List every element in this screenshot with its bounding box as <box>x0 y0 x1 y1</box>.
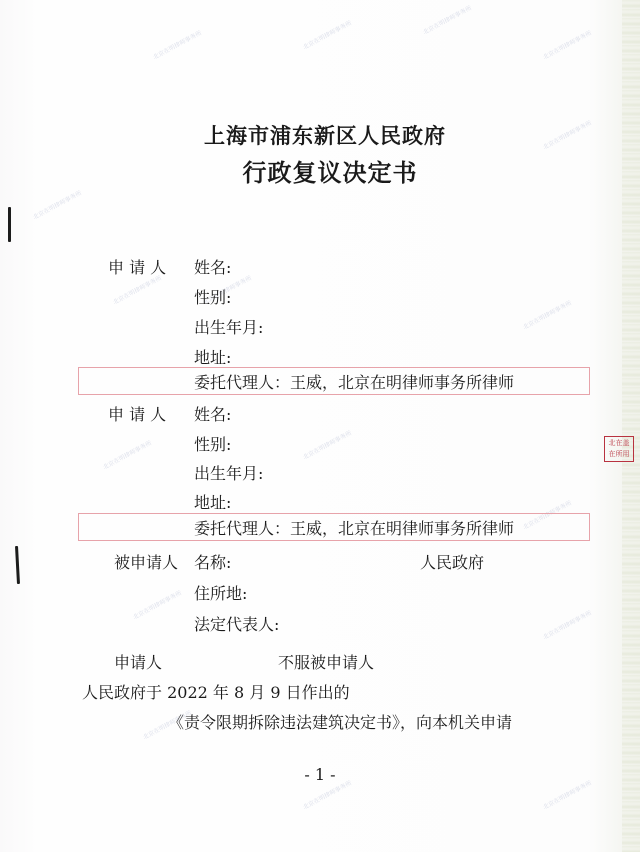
body-line-2: 人民政府于 2022 年 8 月 9 日作出的 <box>82 683 350 703</box>
applicant-2-name-label: 姓名: <box>194 405 231 425</box>
seal-stamp: 北在盖 在所用 <box>604 436 634 462</box>
body-disagree-text: 不服被申请人 <box>278 653 374 673</box>
page-number: - 1 - <box>0 765 640 784</box>
respondent-name-value: 人民政府 <box>420 553 484 573</box>
applicant-2-gender-label: 性别: <box>194 435 231 455</box>
applicant-1-gender-label: 性别: <box>194 288 231 308</box>
document-title: 行政复议决定书 <box>0 153 640 188</box>
watermark: 北京在明律师事务所 <box>301 428 353 461</box>
applicant-1-label: 申 请 人 <box>108 258 166 278</box>
applicant-2-label: 申 请 人 <box>108 405 166 425</box>
document-page: 北京在明律师事务所 北京在明律师事务所 北京在明律师事务所 北京在明律师事务所 … <box>0 0 640 852</box>
issuer-title: 上海市浦东新区人民政府 <box>0 120 640 150</box>
respondent-address-label: 住所地: <box>194 584 247 604</box>
watermark: 北京在明律师事务所 <box>31 188 83 221</box>
applicant-2-birth-label: 出生年月: <box>194 464 263 484</box>
binder-mark <box>8 207 11 242</box>
respondent-label: 被申请人 <box>114 553 178 573</box>
watermark: 北京在明律师事务所 <box>541 608 593 641</box>
stamp-line-1: 北在盖 <box>605 438 633 449</box>
watermark: 北京在明律师事务所 <box>541 28 593 61</box>
watermark: 北京在明律师事务所 <box>131 588 183 621</box>
watermark: 北京在明律师事务所 <box>151 28 203 61</box>
applicant-1-birth-label: 出生年月: <box>194 318 263 338</box>
watermark: 北京在明律师事务所 <box>101 438 153 471</box>
applicant-1-address-label: 地址: <box>194 348 231 368</box>
applicant-2-agent: 委托代理人：王威，北京在明律师事务所律师 <box>194 519 514 539</box>
applicant-1-agent: 委托代理人：王威，北京在明律师事务所律师 <box>194 373 514 393</box>
watermark: 北京在明律师事务所 <box>521 298 573 331</box>
binder-mark <box>15 546 20 584</box>
respondent-name-label: 名称: <box>194 553 231 573</box>
watermark: 北京在明律师事务所 <box>421 3 473 36</box>
watermark: 北京在明律师事务所 <box>301 18 353 51</box>
stamp-line-2: 在所用 <box>605 449 633 460</box>
body-applicant-word: 申请人 <box>114 653 162 673</box>
applicant-1-name-label: 姓名: <box>194 258 231 278</box>
respondent-legal-rep-label: 法定代表人: <box>194 615 279 635</box>
body-line-3: 《责令限期拆除违法建筑决定书》，向本机关申请 <box>168 713 512 733</box>
applicant-2-address-label: 地址: <box>194 493 231 513</box>
